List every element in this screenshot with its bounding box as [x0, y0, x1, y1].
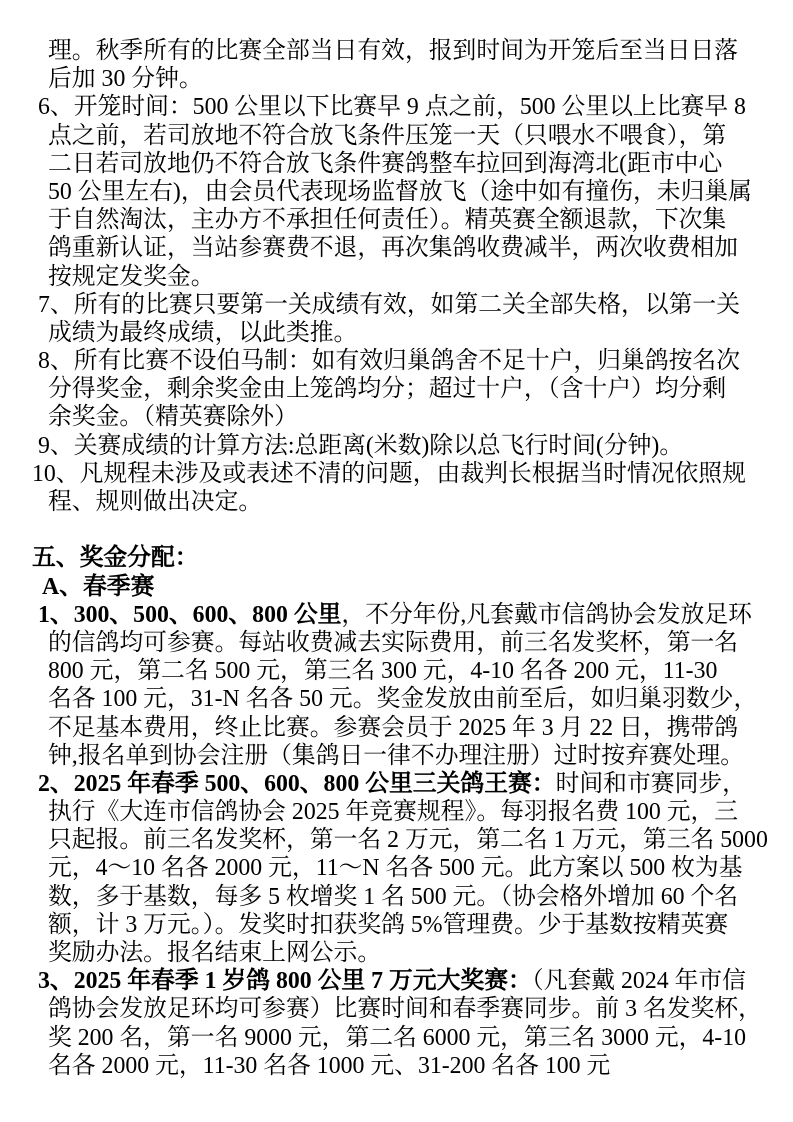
- text-segment: 名各 2000 元，11-30 名各 1000 元、31-200 名各 100 …: [48, 1053, 610, 1079]
- text-line: 二日若司放地仍不符合放飞条件赛鸽整车拉回到海湾北(距市中心: [0, 150, 793, 178]
- text-line: 7、所有的比赛只要第一关成绩有效，如第二关全部失格，以第一关: [0, 291, 793, 319]
- text-segment: 鸽重新认证，当站参赛费不退，再次集鸽收费减半，两次收费相加: [48, 235, 738, 261]
- bold-text-segment: 五、奖金分配：: [32, 545, 199, 571]
- text-segment: 奖励办法。报名结束上网公示。: [48, 940, 381, 966]
- text-line: 8、所有比赛不设伯马制：如有效归巢鸽舍不足十户，归巢鸽按名次: [0, 347, 793, 375]
- text-segment: 10、凡规程未涉及或表述不清的问题，由裁判长根据当时情况依照规: [32, 461, 746, 487]
- text-segment: 鸽协会发放足环均可参赛）比赛时间和春季赛同步。前 3 名发奖杯，: [48, 996, 762, 1022]
- text-line: 名各 2000 元，11-30 名各 1000 元、31-200 名各 100 …: [0, 1052, 793, 1080]
- text-segment: 二日若司放地仍不符合放飞条件赛鸽整车拉回到海湾北(距市中心: [48, 151, 722, 177]
- text-line: 10、凡规程未涉及或表述不清的问题，由裁判长根据当时情况依照规: [0, 460, 793, 488]
- text-line: A、春季赛: [0, 573, 793, 601]
- text-segment: 50 公里左右)，由会员代表现场监督放飞（途中如有撞伤，未归巢属: [48, 179, 752, 205]
- text-line: [0, 516, 793, 544]
- text-line: 2、2025 年春季 500、600、800 公里三关鸽王赛：时间和市赛同步，: [0, 770, 793, 798]
- text-line: 只起报。前三名发奖杯，第一名 2 万元，第二名 1 万元，第三名 5000: [0, 826, 793, 854]
- text-line: 800 元，第二名 500 元，第三名 300 元，4-10 名各 200 元，…: [0, 657, 793, 685]
- text-line: 按规定发奖金。: [0, 263, 793, 291]
- text-line: 9、关赛成绩的计算方法:总距离(米数)除以总飞行时间(分钟)。: [0, 432, 793, 460]
- text-line: 程、规则做出决定。: [0, 488, 793, 516]
- text-segment: 数，多于基数，每多 5 枚增奖 1 名 500 元。（协会格外增加 60 个名: [48, 884, 738, 910]
- text-segment: 理。秋季所有的比赛全部当日有效，报到时间为开笼后至当日日落: [48, 38, 738, 64]
- item-10: 10、凡规程未涉及或表述不清的问题，由裁判长根据当时情况依照规程、规则做出决定。: [0, 460, 793, 516]
- text-segment: 只起报。前三名发奖杯，第一名 2 万元，第二名 1 万元，第三名 5000: [48, 827, 768, 853]
- text-line: 钟,报名单到协会注册（集鸽日一律不办理注册）过时按弃赛处理。: [0, 742, 793, 770]
- document-page: 理。秋季所有的比赛全部当日有效，报到时间为开笼后至当日日落后加 30 分钟。6、…: [0, 0, 793, 1122]
- text-segment: 名各 100 元，31-N 名各 50 元。奖金发放由前至后，如归巢羽数少，: [48, 686, 757, 712]
- text-segment: ，不分年份,凡套戴市信鸽协会发放足环: [341, 602, 752, 628]
- text-segment: 额，计 3 万元。）。发奖时扣获奖鸽 5%管理费。少于基数按精英赛: [48, 912, 728, 938]
- text-line: 不足基本费用，终止比赛。参赛会员于 2025 年 3 月 22 日，携带鸽: [0, 714, 793, 742]
- text-line: 50 公里左右)，由会员代表现场监督放飞（途中如有撞伤，未归巢属: [0, 178, 793, 206]
- subsection-a-heading: A、春季赛: [0, 573, 793, 601]
- document-body: 理。秋季所有的比赛全部当日有效，报到时间为开笼后至当日日落后加 30 分钟。6、…: [0, 37, 793, 1080]
- bold-text-segment: A、春季赛: [42, 574, 154, 600]
- bold-text-segment: 1、300、500、600、800 公里: [38, 602, 341, 628]
- text-segment: 后加 30 分钟。: [48, 66, 203, 92]
- text-line: 元，4～10 名各 2000 元，11～N 名各 500 元。此方案以 500 …: [0, 854, 793, 882]
- prize-item-3: 3、2025 年春季 1 岁鸽 800 公里 7 万元大奖赛：（凡套戴 2024…: [0, 967, 793, 1080]
- item-8: 8、所有比赛不设伯马制：如有效归巢鸽舍不足十户，归巢鸽按名次分得奖金，剩余奖金由…: [0, 347, 793, 432]
- item-7: 7、所有的比赛只要第一关成绩有效，如第二关全部失格，以第一关成绩为最终成绩，以此…: [0, 291, 793, 347]
- text-line: 余奖金。（精英赛除外）: [0, 403, 793, 431]
- text-line: 于自然淘汰，主办方不承担任何责任）。精英赛全额退款，下次集: [0, 206, 793, 234]
- text-segment: 余奖金。（精英赛除外）: [48, 404, 298, 430]
- text-segment: 8、所有比赛不设伯马制：如有效归巢鸽舍不足十户，归巢鸽按名次: [38, 348, 740, 374]
- text-segment: 钟,报名单到协会注册（集鸽日一律不办理注册）过时按弃赛处理。: [48, 743, 744, 769]
- text-segment: 时间和市赛同步，: [556, 771, 746, 797]
- text-segment: 分得奖金，剩余奖金由上笼鸽均分；超过十户，（含十户）均分剩: [48, 376, 726, 402]
- text-line: 3、2025 年春季 1 岁鸽 800 公里 7 万元大奖赛：（凡套戴 2024…: [0, 967, 793, 995]
- text-line: 名各 100 元，31-N 名各 50 元。奖金发放由前至后，如归巢羽数少，: [0, 685, 793, 713]
- item-6: 6、开笼时间：500 公里以下比赛早 9 点之前，500 公里以上比赛早 8点之…: [0, 93, 793, 290]
- blank-line: [0, 516, 793, 544]
- item-9: 9、关赛成绩的计算方法:总距离(米数)除以总飞行时间(分钟)。: [0, 432, 793, 460]
- prize-item-1: 1、300、500、600、800 公里，不分年份,凡套戴市信鸽协会发放足环的信…: [0, 601, 793, 770]
- text-segment: 成绩为最终成绩，以此类推。: [48, 320, 357, 346]
- text-segment: 奖 200 名，第一名 9000 元，第二名 6000 元，第三名 3000 元…: [48, 1025, 746, 1051]
- text-line: 数，多于基数，每多 5 枚增奖 1 名 500 元。（协会格外增加 60 个名: [0, 883, 793, 911]
- text-segment: 程、规则做出决定。: [48, 489, 262, 515]
- text-segment: （凡套戴 2024 年市信: [532, 968, 746, 994]
- text-segment: 不足基本费用，终止比赛。参赛会员于 2025 年 3 月 22 日，携带鸽: [48, 715, 738, 741]
- text-segment: 800 元，第二名 500 元，第三名 300 元，4-10 名各 200 元，…: [48, 658, 717, 684]
- text-segment: 执行《大连市信鸽协会 2025 年竞赛规程》。每羽报名费 100 元，三: [48, 799, 738, 825]
- text-line: 奖励办法。报名结束上网公示。: [0, 939, 793, 967]
- text-line: 6、开笼时间：500 公里以下比赛早 9 点之前，500 公里以上比赛早 8: [0, 93, 793, 121]
- text-line: 成绩为最终成绩，以此类推。: [0, 319, 793, 347]
- text-line: 1、300、500、600、800 公里，不分年份,凡套戴市信鸽协会发放足环: [0, 601, 793, 629]
- text-line: 鸽重新认证，当站参赛费不退，再次集鸽收费减半，两次收费相加: [0, 234, 793, 262]
- text-segment: 元，4～10 名各 2000 元，11～N 名各 500 元。此方案以 500 …: [48, 855, 743, 881]
- text-line: 执行《大连市信鸽协会 2025 年竞赛规程》。每羽报名费 100 元，三: [0, 798, 793, 826]
- text-line: 的信鸽均可参赛。每站收费减去实际费用，前三名发奖杯，第一名: [0, 629, 793, 657]
- text-segment: 按规定发奖金。: [48, 264, 215, 290]
- text-line: 理。秋季所有的比赛全部当日有效，报到时间为开笼后至当日日落: [0, 37, 793, 65]
- text-line: 点之前，若司放地不符合放飞条件压笼一天（只喂水不喂食），第: [0, 122, 793, 150]
- text-segment: 9、关赛成绩的计算方法:总距离(米数)除以总飞行时间(分钟)。: [38, 433, 683, 459]
- text-segment: 点之前，若司放地不符合放飞条件压笼一天（只喂水不喂食），第: [48, 123, 726, 149]
- section-5-heading: 五、奖金分配：: [0, 544, 793, 572]
- text-segment: 的信鸽均可参赛。每站收费减去实际费用，前三名发奖杯，第一名: [48, 630, 738, 656]
- text-line: 后加 30 分钟。: [0, 65, 793, 93]
- text-segment: 7、所有的比赛只要第一关成绩有效，如第二关全部失格，以第一关: [38, 292, 740, 318]
- bold-text-segment: 2、2025 年春季 500、600、800 公里三关鸽王赛：: [38, 771, 556, 797]
- text-segment: 6、开笼时间：500 公里以下比赛早 9 点之前，500 公里以上比赛早 8: [38, 94, 746, 120]
- text-line: 奖 200 名，第一名 9000 元，第二名 6000 元，第三名 3000 元…: [0, 1024, 793, 1052]
- prize-item-2: 2、2025 年春季 500、600、800 公里三关鸽王赛：时间和市赛同步，执…: [0, 770, 793, 967]
- item-5-continuation: 理。秋季所有的比赛全部当日有效，报到时间为开笼后至当日日落后加 30 分钟。: [0, 37, 793, 93]
- text-line: 分得奖金，剩余奖金由上笼鸽均分；超过十户，（含十户）均分剩: [0, 375, 793, 403]
- text-line: 额，计 3 万元。）。发奖时扣获奖鸽 5%管理费。少于基数按精英赛: [0, 911, 793, 939]
- text-segment: 于自然淘汰，主办方不承担任何责任）。精英赛全额退款，下次集: [48, 207, 726, 233]
- text-line: 鸽协会发放足环均可参赛）比赛时间和春季赛同步。前 3 名发奖杯，: [0, 995, 793, 1023]
- text-line: 五、奖金分配：: [0, 544, 793, 572]
- bold-text-segment: 3、2025 年春季 1 岁鸽 800 公里 7 万元大奖赛：: [38, 968, 532, 994]
